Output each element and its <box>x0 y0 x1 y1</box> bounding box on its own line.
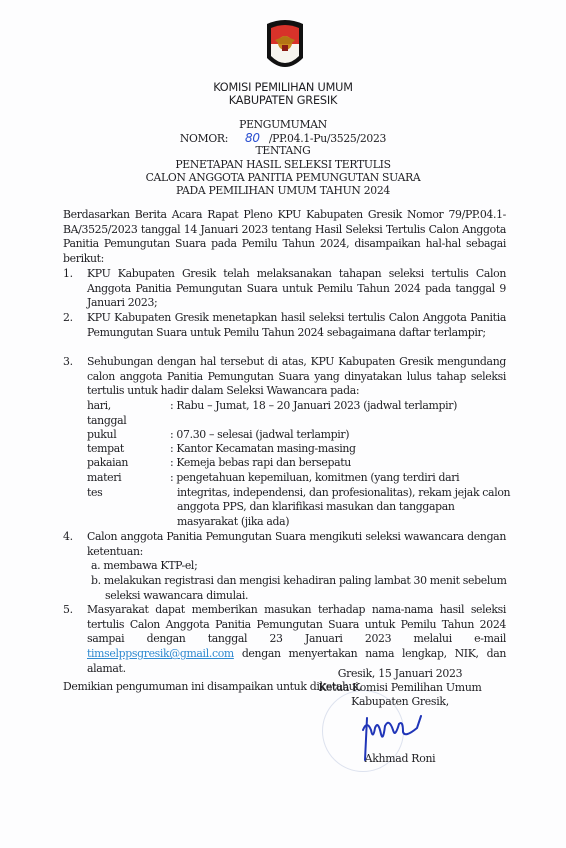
schedule-key-time: pukul <box>87 428 116 443</box>
item-2-text: KPU Kabupaten Gresik menetapkan hasil se… <box>87 311 506 340</box>
schedule-key-attire: pakaian <box>87 456 128 471</box>
item-4-number: 4. <box>63 530 73 545</box>
email-link[interactable]: timselppsgresik@gmail.com <box>87 647 234 660</box>
requirement-b-letter: b. <box>91 574 101 587</box>
schedule-key-place: tempat <box>87 442 124 457</box>
subject-line-2: CALON ANGGOTA PANITIA PEMUNGUTAN SUARA <box>0 171 566 184</box>
item-1-number: 1. <box>63 267 73 282</box>
schedule-key-date: hari, tanggal <box>87 399 126 428</box>
sign-position-1: Ketua Komisi Pemilihan Umum <box>280 681 520 696</box>
requirement-a: a. membawa KTP-el; <box>91 559 520 574</box>
requirement-a-letter: a. <box>91 559 100 572</box>
schedule-value-date: : Rabu – Jumat, 18 – 20 Januari 2023 (ja… <box>170 399 513 414</box>
signer-name: Akhmad Roni <box>280 752 520 767</box>
item-5-number: 5. <box>63 603 73 618</box>
subject-line-3: PADA PEMILIHAN UMUM TAHUN 2024 <box>0 184 566 197</box>
intro-paragraph: Berdasarkan Berita Acara Rapat Pleno KPU… <box>63 208 506 267</box>
org-name: KOMISI PEMILIHAN UMUM <box>0 81 566 94</box>
announcement-page: KOMISI PEMILIHAN UMUM KABUPATEN GRESIK P… <box>0 0 566 848</box>
nomor-handwritten: 80 <box>245 131 260 145</box>
item-5-text-before: Masyarakat dapat memberikan masukan terh… <box>87 603 506 645</box>
item-5-text: Masyarakat dapat memberikan masukan terh… <box>87 603 506 677</box>
sign-place-date: Gresik, 15 Januari 2023 <box>280 667 520 682</box>
doc-number: NOMOR: 80 /PP.04.1-Pu/3525/2023 <box>0 131 566 145</box>
schedule-value-place: : Kantor Kecamatan masing-masing <box>170 442 513 457</box>
requirement-b-text: melakukan registrasi dan mengisi kehadir… <box>104 574 507 602</box>
kpu-logo-icon <box>263 18 307 72</box>
item-3-number: 3. <box>63 355 73 370</box>
requirement-b: b. melakukan registrasi dan mengisi keha… <box>91 574 520 603</box>
tentang-label: TENTANG <box>0 144 566 157</box>
requirement-a-text: membawa KTP-el; <box>103 559 197 572</box>
schedule-value-time: : 07.30 – selesai (jadwal terlampir) <box>170 428 513 443</box>
org-region: KABUPATEN GRESIK <box>0 94 566 107</box>
item-2-number: 2. <box>63 311 73 326</box>
item-1-text: KPU Kabupaten Gresik telah melaksanakan … <box>87 267 506 311</box>
item-3-text: Sehubungan dengan hal tersebut di atas, … <box>87 355 506 399</box>
schedule-value-attire: : Kemeja bebas rapi dan bersepatu <box>170 456 513 471</box>
subject-line-1: PENETAPAN HASIL SELEKSI TERTULIS <box>0 158 566 171</box>
schedule-key-material: materi tes <box>87 471 121 500</box>
schedule-value-material: : pengetahuan kepemiluan, komitmen (yang… <box>170 471 513 530</box>
sign-position-2: Kabupaten Gresik, <box>280 695 520 710</box>
item-4-text: Calon anggota Panitia Pemungutan Suara m… <box>87 530 506 559</box>
doc-type: PENGUMUMAN <box>0 118 566 131</box>
